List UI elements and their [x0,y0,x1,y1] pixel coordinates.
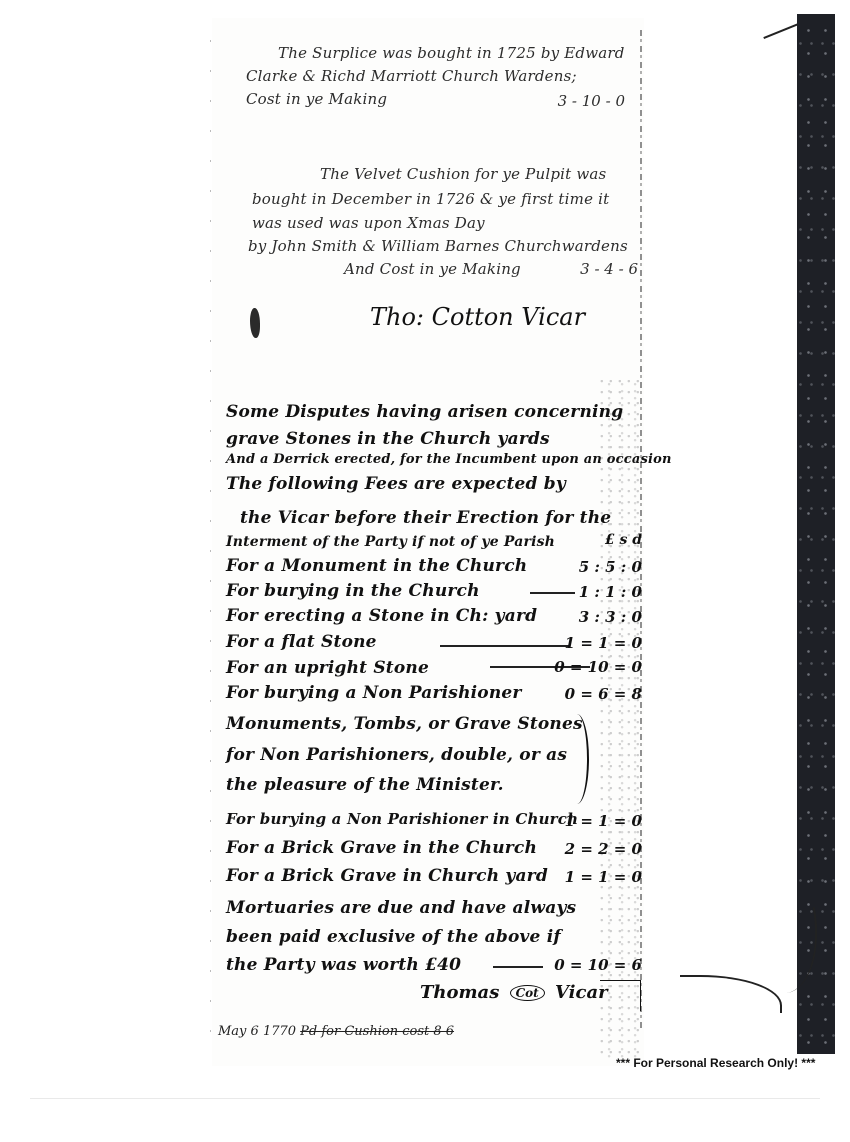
closing-line-2: been paid exclusive of the above if [226,927,561,947]
fee-amount-3: 1 = 1 = 0 [565,634,642,652]
fee-item-1: For burying in the Church [226,581,480,601]
intro-line-2: grave Stones in the Church yards [226,429,550,449]
page-left-edge [210,40,211,1050]
entry-1-line-3: Cost in ye Making [246,90,387,108]
note-line-3: the pleasure of the Minister. [226,775,504,795]
entry-2-line-2: bought in December in 1726 & ye first ti… [252,190,609,208]
signature-mark: Cot [510,985,545,1001]
leader-dash [493,966,543,968]
signature-vicar-2: Thomas Cot Vicar [420,982,608,1003]
closing-line-3: the Party was worth £40 [226,955,461,975]
entry-1-line-2: Clarke & Richd Marriott Church Wardens; [246,67,577,85]
footer-date: May 6 1770 [218,1024,296,1039]
leader-dash [440,645,570,647]
fee-amount-0: 5 : 5 : 0 [579,558,642,576]
footer-note: May 6 1770 Pd for Cushion cost 8 6 [218,1024,454,1039]
fee-amount-1: 1 : 1 : 0 [579,583,642,601]
leader-dash [530,592,575,594]
ink-blot [250,308,260,338]
fee2-amount-1: 2 = 2 = 0 [565,840,642,858]
fee-amount-5: 0 = 6 = 8 [565,685,642,703]
intro-line-1: Some Disputes having arisen concerning [226,402,623,422]
entry-2-line-3: was used was upon Xmas Day [252,214,485,232]
stray-stroke [680,975,782,1013]
note-line-2: for Non Parishioners, double, or as [226,745,567,765]
fee-item-5: For burying a Non Parishioner [226,683,522,703]
fee-item-0: For a Monument in the Church [226,556,527,576]
scan-bottom-edge [30,1098,820,1099]
signature-flourish [600,980,641,1011]
fee-amount-4: 0 = 10 = 0 [554,658,642,676]
intro-line-3: And a Derrick erected, for the Incumbent… [226,452,672,467]
fee2-amount-0: 1 = 1 = 0 [565,812,642,830]
entry-1-line-1: The Surplice was bought in 1725 by Edwar… [278,44,625,62]
intro-line-4: The following Fees are expected by [226,474,566,494]
watermark: *** For Personal Research Only! *** [616,1056,815,1070]
fee2-amount-2: 1 = 1 = 0 [565,868,642,886]
fee-item-2: For erecting a Stone in Ch: yard [226,606,537,626]
signature-first-name: Thomas [420,982,499,1003]
closing-line-1: Mortuaries are due and have always [226,898,576,918]
fee-amount-2: 3 : 3 : 0 [579,608,642,626]
fee2-item-0: For burying a Non Parishioner in Church [226,810,578,828]
brace-bracket [565,714,589,804]
entry-2-line-1: The Velvet Cushion for ye Pulpit was [320,165,606,183]
intro-line-5: the Vicar before their Erection for the [240,508,611,528]
closing-amount: 0 = 10 = 6 [554,956,642,974]
binding-mark [759,11,801,39]
binding-band [797,14,835,1054]
entry-2-line-4: by John Smith & William Barnes Churchwar… [248,237,628,255]
fee-item-3: For a flat Stone [226,632,377,652]
entry-2-amount: 3 - 4 - 6 [580,260,638,278]
fee2-item-2: For a Brick Grave in Church yard [226,866,548,886]
fee-item-4: For an upright Stone [226,658,429,678]
scanned-document: The Surplice was bought in 1725 by Edwar… [0,0,850,1142]
currency-header: £ s d [605,532,642,548]
footer-struck-text: Pd for Cushion cost 8 6 [300,1024,454,1039]
fee2-item-1: For a Brick Grave in the Church [226,838,537,858]
entry-2-line-5: And Cost in ye Making [344,260,521,278]
note-line-1: Monuments, Tombs, or Grave Stones [226,714,583,734]
intro-line-6: Interment of the Party if not of ye Pari… [226,534,555,550]
signature-vicar-1: Tho: Cotton Vicar [370,303,585,331]
entry-1-amount: 3 - 10 - 0 [558,92,625,110]
